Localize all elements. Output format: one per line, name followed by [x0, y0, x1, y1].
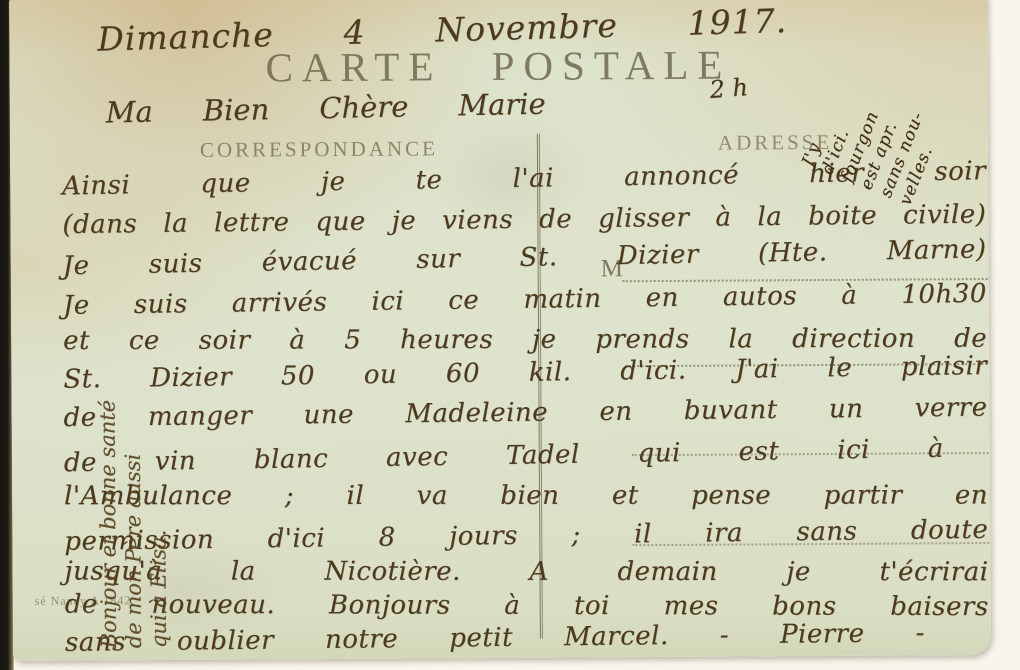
- handwritten-line: l'Ambulance ; il va bien et pense partir…: [64, 480, 988, 511]
- handwritten-line: sans oublier notre petit Marcel. - Pierr…: [65, 618, 925, 658]
- handwritten-line: de vin blanc avec Tadel qui est ici à: [64, 434, 944, 479]
- handwritten-line: de nouveau. Bonjours à toi mes bons bais…: [65, 590, 989, 622]
- handwritten-line: Je suis arrivés ici ce matin en autos à …: [63, 279, 987, 321]
- left-margin-note: Bonjour et bonne santé de mon Père aussi…: [93, 8, 172, 648]
- corner-note-time: 2 h: [709, 73, 749, 104]
- handwritten-salutation: Ma Bien Chère Marie: [105, 87, 546, 130]
- margin-note-line: qui à Elisa.: [143, 8, 172, 648]
- handwritten-line: Je suis évacué sur St. Dizier (Hte. Marn…: [62, 234, 986, 281]
- postcard: CARTE POSTALE CORRESPONDANCE ADRESSE M s…: [9, 0, 991, 661]
- handwritten-line: de manger une Madeleine en buvant un ver…: [63, 393, 987, 433]
- handwritten-line: St. Dizier 50 ou 60 kil. d'ici. J'ai le …: [63, 351, 987, 395]
- handwritten-line: et ce soir à 5 heures je prends la direc…: [63, 324, 987, 356]
- margin-note-line: de mon Père aussi: [118, 8, 147, 648]
- handwritten-line: jusqu'à la Nicotière. A demain je t'écri…: [64, 556, 988, 587]
- handwritten-line: permission d'ici 8 jours ; il ira sans d…: [64, 515, 988, 557]
- handwritten-line: (dans la lettre que je viens de glisser …: [62, 200, 986, 240]
- postcard-surface: CARTE POSTALE CORRESPONDANCE ADRESSE M s…: [9, 0, 991, 661]
- margin-note-line: Bonjour et bonne santé: [93, 8, 122, 648]
- correspondance-label: CORRESPONDANCE: [200, 136, 438, 162]
